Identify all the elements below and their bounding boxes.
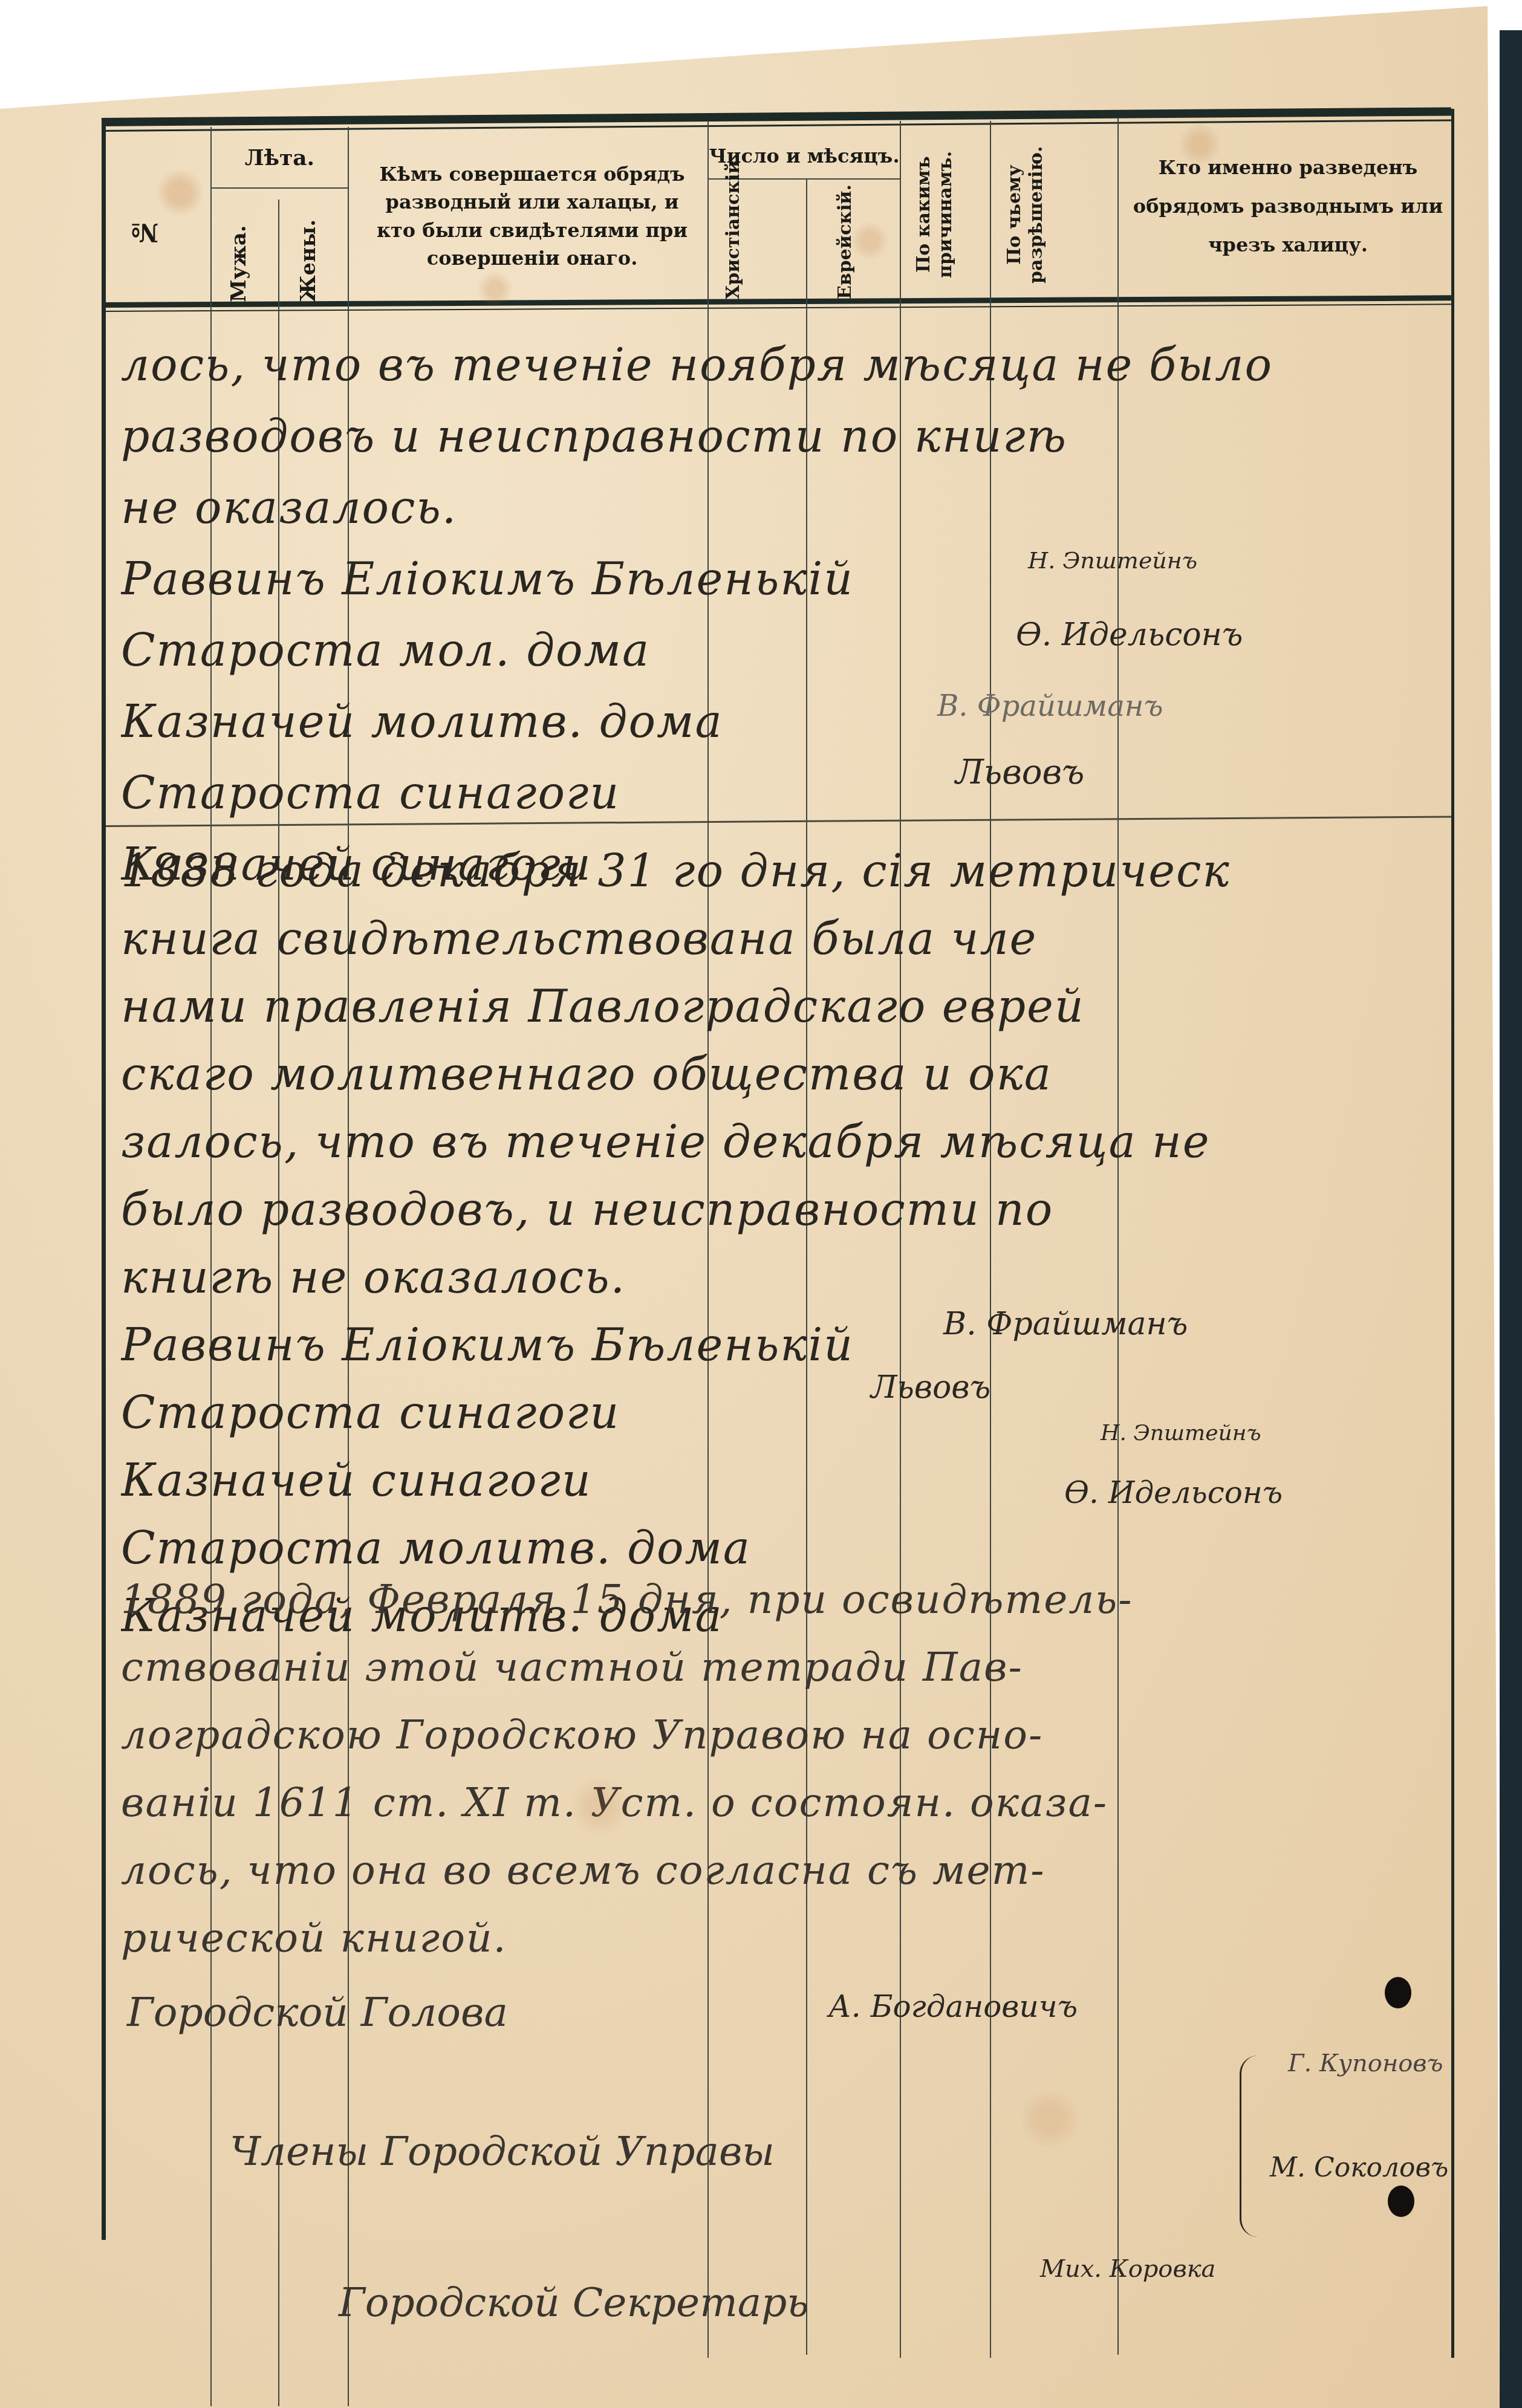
entry-line: нами правленія Павлоградскаго еврей [121, 973, 1463, 1040]
signature: Львовъ [955, 753, 1084, 792]
secretary-signature: Мих. Коровка [1040, 2255, 1215, 2283]
header-date: Число и мѣсяцъ. [709, 142, 900, 170]
entry-line: Староста синагоги [121, 1379, 1463, 1447]
entry-line: лось, что она во всемъ согласна съ мет- [121, 1837, 1463, 1904]
date-subrule [709, 178, 900, 180]
entry-line: залось, что въ теченіе декабря мѣсяца не [121, 1108, 1463, 1176]
entry-block-3: 1889 года, Февраля 15 дня, при освидѣтел… [121, 1566, 1463, 1972]
secretary-title: Городской Секретарь [339, 2279, 808, 2326]
entry-line: Казначей синагоги [121, 1447, 1463, 1514]
entry-line: лоградскою Городскою Управою на осно- [121, 1701, 1463, 1769]
signature: В. Фрайшманъ [937, 689, 1163, 723]
right-border [1451, 109, 1454, 2358]
signature: Львовъ [871, 1369, 990, 1406]
header-date-jewish: Еврейскій. [834, 190, 871, 299]
entry-line: Казначей синагоги [121, 829, 1463, 900]
signature: Н. Эпштейнъ [1101, 1421, 1261, 1446]
entry-block-2: 1888 года декабря 31 го дня, сія метриче… [121, 837, 1463, 1650]
col-line [348, 127, 349, 2406]
entry-line: Раввинъ Еліокимъ Бѣленькій [121, 544, 1463, 615]
members-title: Члены Городской Управы [230, 2128, 775, 2175]
signature: Н. Эпштейнъ [1028, 547, 1197, 574]
signature: Ѳ. Идельсонъ [1016, 617, 1243, 653]
header-bottom-border-thin [102, 303, 1451, 312]
col-line [1117, 118, 1119, 2355]
entry-block-1: лось, что въ теченіе ноября мѣсяца не бы… [121, 329, 1463, 900]
col-line [806, 178, 807, 2355]
punch-hole [1388, 2186, 1414, 2217]
header-years-husband: Мужа. [227, 230, 263, 302]
entry-line: ваніи 1611 ст. XI т. Уст. о состоян. ока… [121, 1769, 1463, 1837]
top-border-thin [102, 119, 1451, 132]
entry-line: книга свидѣтельствована была чле [121, 905, 1463, 973]
entry-line: Староста мол. дома [121, 615, 1463, 686]
entry-line: разводовъ и неисправности по книгѣ [121, 401, 1463, 472]
header-years: Лѣта. [212, 142, 348, 174]
header-who-divorced: Кто именно разведенъ обрядомъ разводнымъ… [1131, 148, 1445, 264]
col-line [278, 200, 279, 2406]
scan-edge [1500, 30, 1522, 2408]
entry-line: 1888 года декабря 31 го дня, сія метриче… [121, 837, 1463, 905]
brace [1240, 2056, 1266, 2237]
signature: В. Фрайшманъ [943, 1306, 1188, 1342]
header-permission: По чьему разрѣшенію. [1004, 127, 1070, 302]
entry-line: Казначей молитв. дома [121, 686, 1463, 758]
header-performed-by: Кѣмъ совершается обрядъ разводный или ха… [363, 160, 701, 273]
document-page: № Лѣта. Мужа. Жены. Кѣмъ совершается обр… [0, 0, 1500, 2408]
entry-line: не оказалось. [121, 472, 1463, 544]
entry-line: Староста молитв. дома [121, 1514, 1463, 1582]
col-line [900, 121, 901, 2358]
entry-line: ствованіи этой частной тетради Пав- [121, 1634, 1463, 1701]
header-years-wife: Жены. [296, 230, 333, 302]
col-line [707, 121, 709, 2358]
entry-line: скаго молитвеннаго общества и ока [121, 1040, 1463, 1108]
torn-corner [756, 0, 792, 45]
mayor-signature: А. Богдановичъ [828, 1989, 1078, 2024]
entry-line: лось, что въ теченіе ноября мѣсяца не бы… [121, 329, 1463, 401]
entry-line: Староста синагоги [121, 758, 1463, 829]
entry-line: Раввинъ Еліокимъ Бѣленькій [121, 1311, 1463, 1379]
left-border [102, 124, 106, 2240]
header-reasons: По какимъ причинамъ. [913, 127, 980, 302]
punch-hole [1385, 1977, 1411, 2008]
top-border [102, 107, 1451, 126]
header-date-christian: Христіанскій. [723, 190, 789, 299]
mayor-title: Городской Голова [127, 1989, 508, 2036]
member-signature: М. Соколовъ [1270, 2152, 1448, 2183]
entry-line: рической книгой. [121, 1904, 1463, 1972]
col-line [210, 127, 212, 2406]
entry-line: книгѣ не оказалось. [121, 1244, 1463, 1311]
years-subrule [212, 187, 348, 189]
entry-separator [106, 816, 1451, 827]
signature: Ѳ. Идельсонъ [1064, 1475, 1283, 1510]
entry-line: Казначей молитв. дома [121, 1582, 1463, 1650]
col-line [990, 121, 991, 2358]
entry-line: 1889 года, Февраля 15 дня, при освидѣтел… [121, 1566, 1463, 1634]
header-bottom-border [102, 295, 1451, 308]
header-number: № [130, 200, 172, 266]
member-signature: Г. Купоновъ [1288, 2049, 1443, 2077]
entry-line: было разводовъ, и неисправности по [121, 1176, 1463, 1244]
